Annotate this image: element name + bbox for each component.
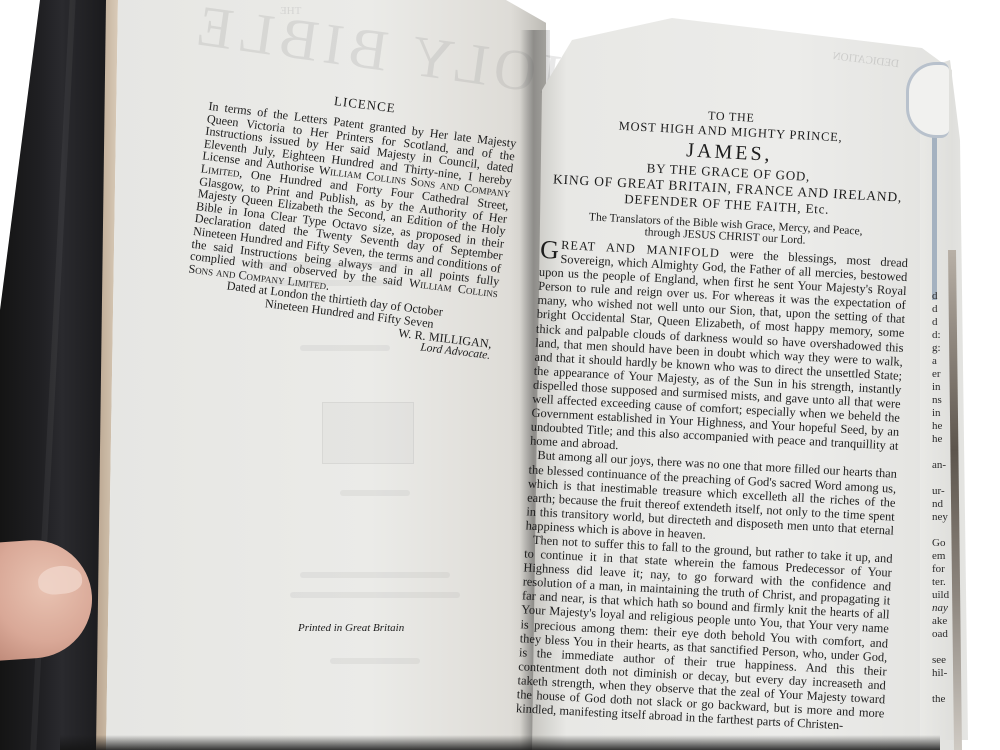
fore-edge-fragment: an- <box>932 459 972 472</box>
show-through-line <box>330 658 420 664</box>
fore-edge-fragment: d <box>932 290 972 303</box>
fore-edge-fragment: nd <box>932 498 972 511</box>
dedication-paragraph-3: Then not to suffer this to fall to the g… <box>516 532 893 734</box>
fore-edge-fragment: em <box>932 550 972 563</box>
fore-edge-fragment: ur- <box>932 485 972 498</box>
fore-edge-text-fragments: dddd:g:aerinnsinhehe an- ur-ndney Goemfo… <box>932 290 972 706</box>
drop-cap: G <box>540 239 560 262</box>
fore-edge-fragment: er <box>932 368 972 381</box>
fore-edge-fragment: he <box>932 433 972 446</box>
show-through-emblem <box>322 402 414 464</box>
fore-edge-fragment: in <box>932 381 972 394</box>
fore-edge-fragment: in <box>932 407 972 420</box>
fore-edge-fragment <box>932 524 972 537</box>
fore-edge-fragment: uild <box>932 589 972 602</box>
show-through-line <box>300 572 450 578</box>
dedication-body: GREAT AND MANIFOLD were the blessings, m… <box>516 237 909 735</box>
show-through-line <box>290 592 460 598</box>
fore-edge-fragment: the <box>932 693 972 706</box>
show-through-line <box>300 345 390 351</box>
fore-edge-fragment: g: <box>932 342 972 355</box>
fore-edge-fragment: a <box>932 355 972 368</box>
licence-block: LICENCE In terms of the Letters Patent g… <box>182 78 520 362</box>
paragraph-text: were the blessings, most dread Sovereign… <box>530 246 909 453</box>
fore-edge-fragment: d <box>932 316 972 329</box>
photo-scene: THE HOLY BIBLE LICENCE In terms of the L… <box>0 0 1000 750</box>
fore-edge-fragment: ney <box>932 511 972 524</box>
fore-edge-fragment: nay <box>932 602 972 615</box>
fore-edge-fragment: d: <box>932 329 972 342</box>
fore-edge-fragment: ake <box>932 615 972 628</box>
fore-edge-fragment: ter. <box>932 576 972 589</box>
fore-edge-fragment: Go <box>932 537 972 550</box>
show-through-line <box>270 280 400 286</box>
fore-edge-fragment <box>932 680 972 693</box>
fore-edge-fragment: oad <box>932 628 972 641</box>
thumb-index-tab <box>906 62 949 138</box>
imprint-text: Printed in Great Britain <box>298 622 404 634</box>
show-through-line <box>250 262 400 268</box>
fore-edge-fragment: see <box>932 654 972 667</box>
fore-edge-fragment: hil- <box>932 667 972 680</box>
fore-edge-fragment: for <box>932 563 972 576</box>
show-through-line <box>340 490 410 496</box>
fore-edge-fragment <box>932 446 972 459</box>
fore-edge-fragment: ns <box>932 394 972 407</box>
dedication-block: TO THE MOST HIGH AND MIGHTY PRINCE, JAME… <box>516 100 916 735</box>
fore-edge-fragment <box>932 641 972 654</box>
fore-edge-fragment: d <box>932 303 972 316</box>
bottom-shadow <box>60 735 940 750</box>
fore-edge-fragment: he <box>932 420 972 433</box>
fore-edge-fragment <box>932 472 972 485</box>
dedication-paragraph-1: GREAT AND MANIFOLD were the blessings, m… <box>530 237 909 467</box>
